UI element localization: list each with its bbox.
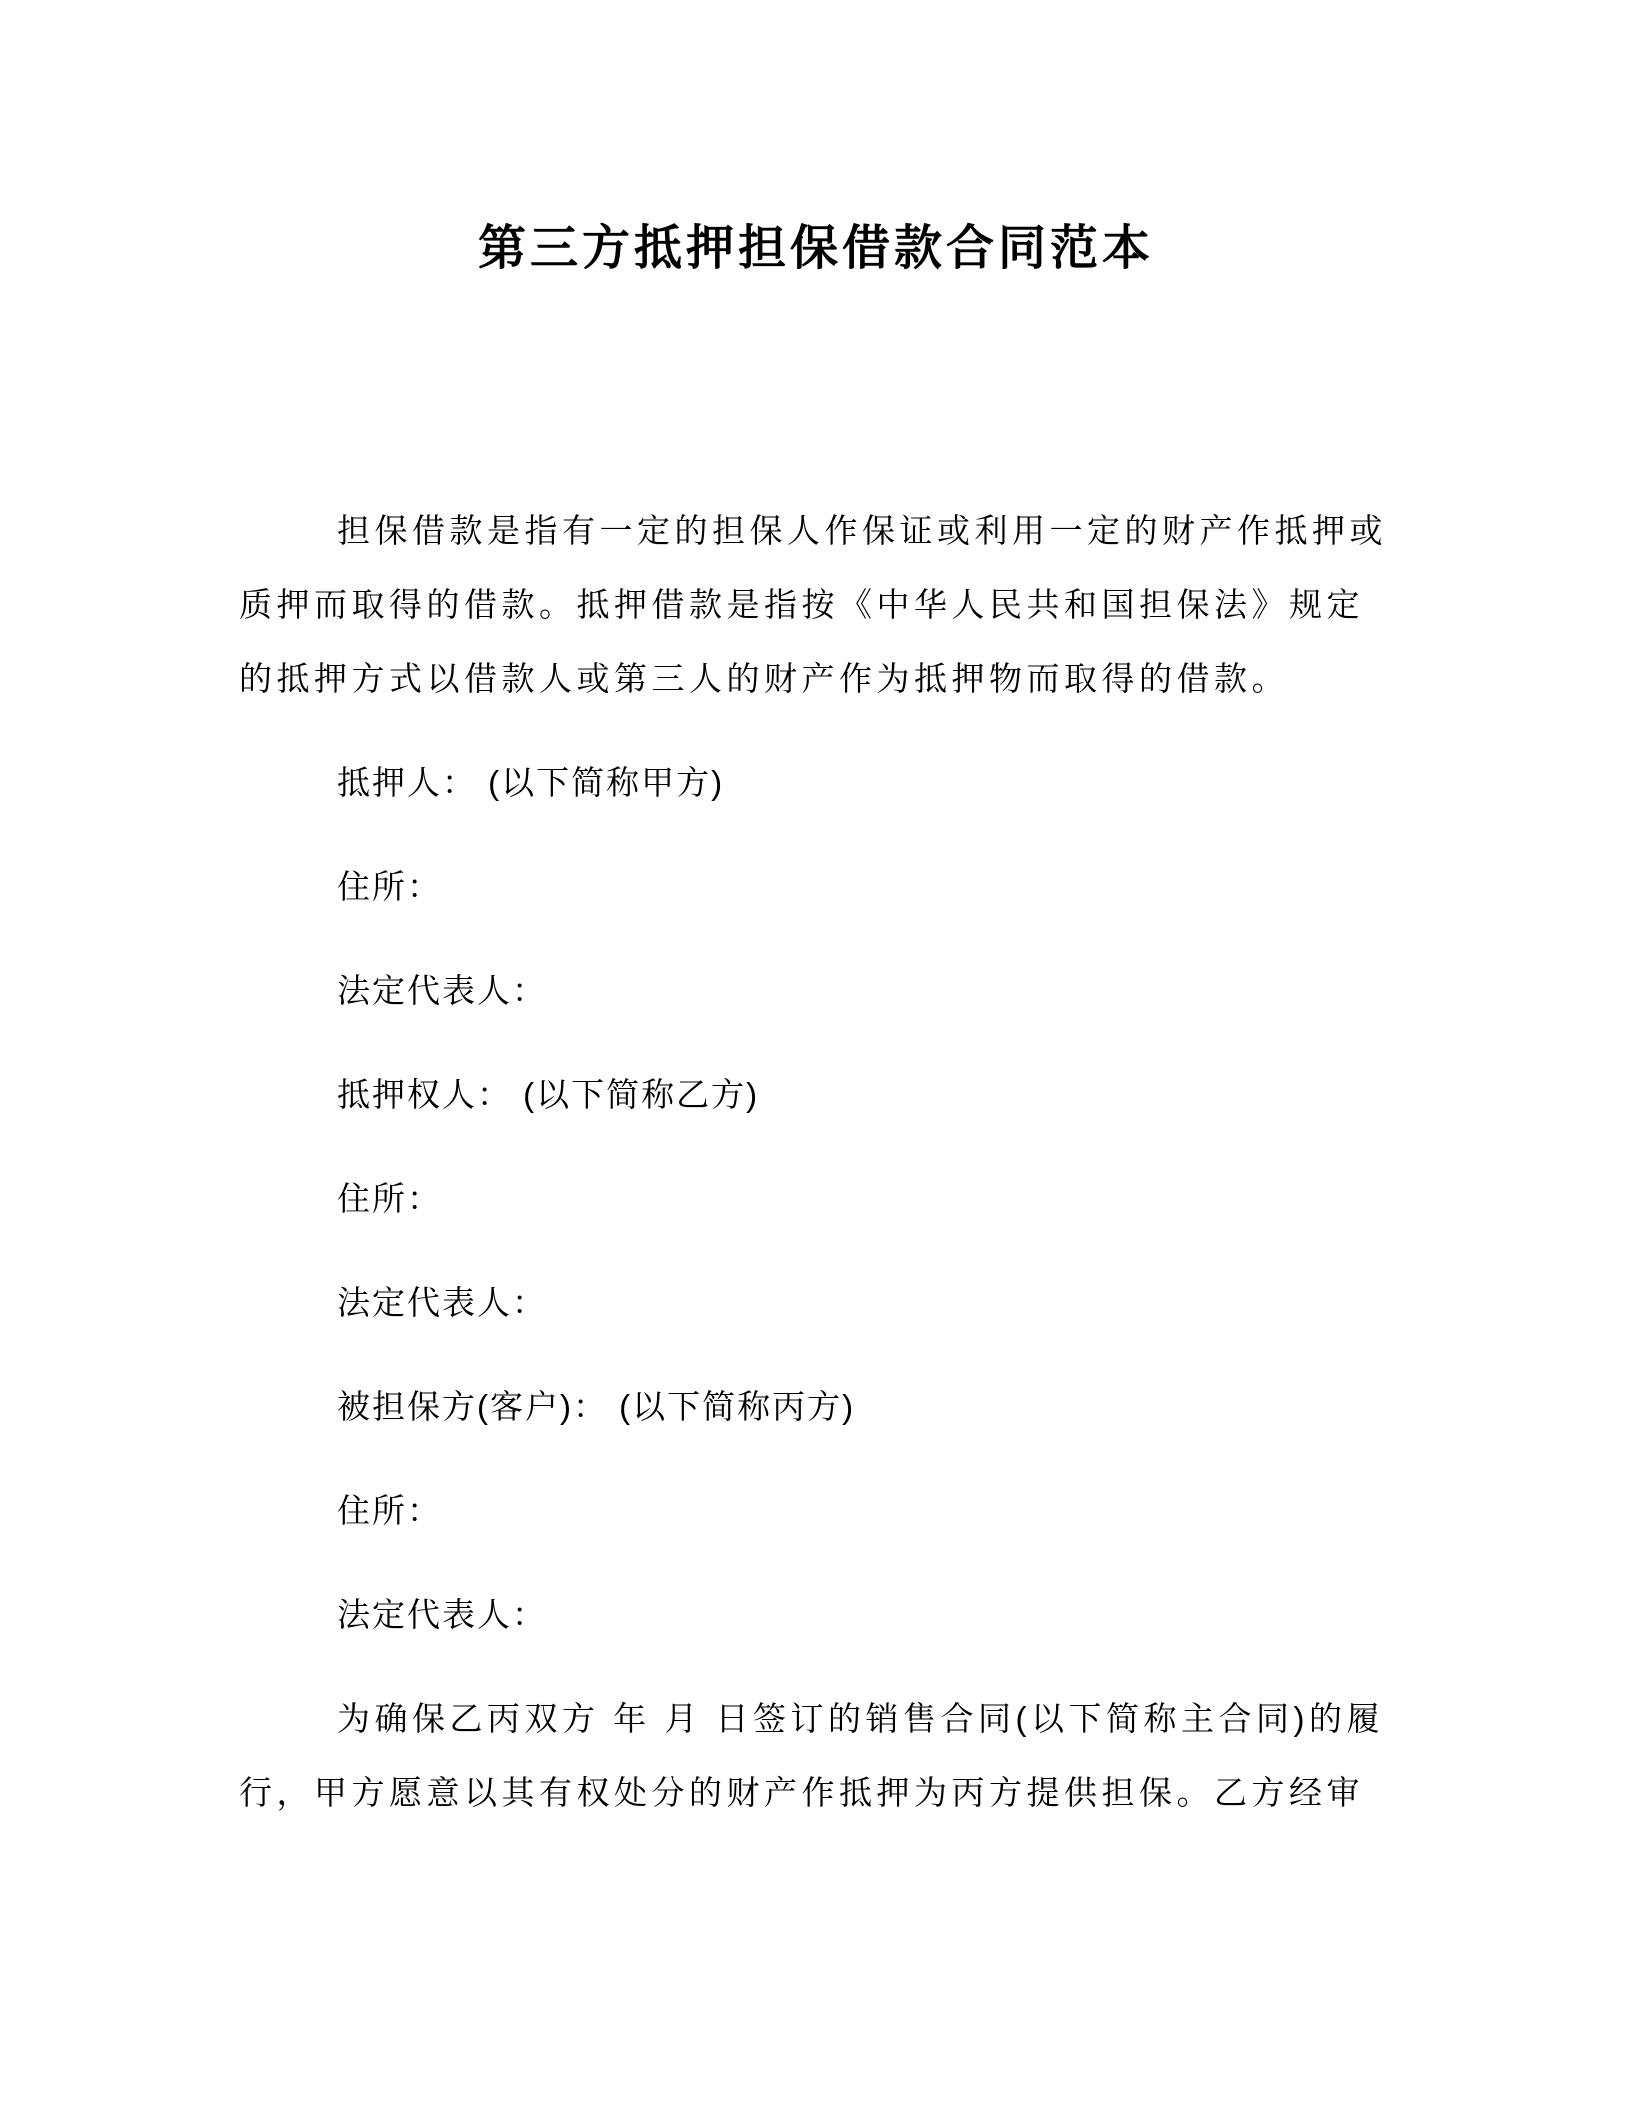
field-guaranteed-party-label: 被担保方(客户)： (以下简称丙方): [239, 1370, 1393, 1444]
field-mortgagee-label: 抵押权人： (以下简称乙方): [239, 1058, 1393, 1132]
field-mortgagor: 抵押人： (以下简称甲方): [239, 746, 1393, 820]
intro-line-1: 担保借款是指有一定的担保人作保证或利用一定的财产作抵押或: [239, 494, 1393, 568]
field-mortgagor-address-label: 住所：: [239, 850, 1393, 924]
field-mortgagor-legal-rep: 法定代表人：: [239, 954, 1393, 1028]
closing-paragraph: 为确保乙丙双方 年 月 日签订的销售合同(以下简称主合同)的履 行，甲方愿意以其…: [239, 1682, 1393, 1830]
closing-line-1: 为确保乙丙双方 年 月 日签订的销售合同(以下简称主合同)的履: [239, 1682, 1393, 1756]
intro-line-3: 的抵押方式以借款人或第三人的财产作为抵押物而取得的借款。: [239, 642, 1393, 716]
field-guaranteed-party: 被担保方(客户)： (以下简称丙方): [239, 1370, 1393, 1444]
field-guaranteed-party-address: 住所：: [239, 1474, 1393, 1548]
intro-line-2: 质押而取得的借款。抵押借款是指按《中华人民共和国担保法》规定: [239, 568, 1393, 642]
field-mortgagee-address-label: 住所：: [239, 1162, 1393, 1236]
field-guaranteed-party-legal-rep-label: 法定代表人：: [239, 1578, 1393, 1652]
field-mortgagor-label: 抵押人： (以下简称甲方): [239, 746, 1393, 820]
document-page: 第三方抵押担保借款合同范本 担保借款是指有一定的担保人作保证或利用一定的财产作抵…: [0, 0, 1632, 2112]
field-mortgagee-legal-rep: 法定代表人：: [239, 1266, 1393, 1340]
field-guaranteed-party-address-label: 住所：: [239, 1474, 1393, 1548]
field-guaranteed-party-legal-rep: 法定代表人：: [239, 1578, 1393, 1652]
field-mortgagor-legal-rep-label: 法定代表人：: [239, 954, 1393, 1028]
closing-line-2: 行，甲方愿意以其有权处分的财产作抵押为丙方提供担保。乙方经审: [239, 1756, 1393, 1830]
field-mortgagor-address: 住所：: [239, 850, 1393, 924]
document-content: 第三方抵押担保借款合同范本 担保借款是指有一定的担保人作保证或利用一定的财产作抵…: [239, 215, 1393, 1860]
field-mortgagee-legal-rep-label: 法定代表人：: [239, 1266, 1393, 1340]
document-title: 第三方抵押担保借款合同范本: [239, 215, 1393, 282]
field-mortgagee: 抵押权人： (以下简称乙方): [239, 1058, 1393, 1132]
field-mortgagee-address: 住所：: [239, 1162, 1393, 1236]
intro-paragraph: 担保借款是指有一定的担保人作保证或利用一定的财产作抵押或 质押而取得的借款。抵押…: [239, 494, 1393, 716]
